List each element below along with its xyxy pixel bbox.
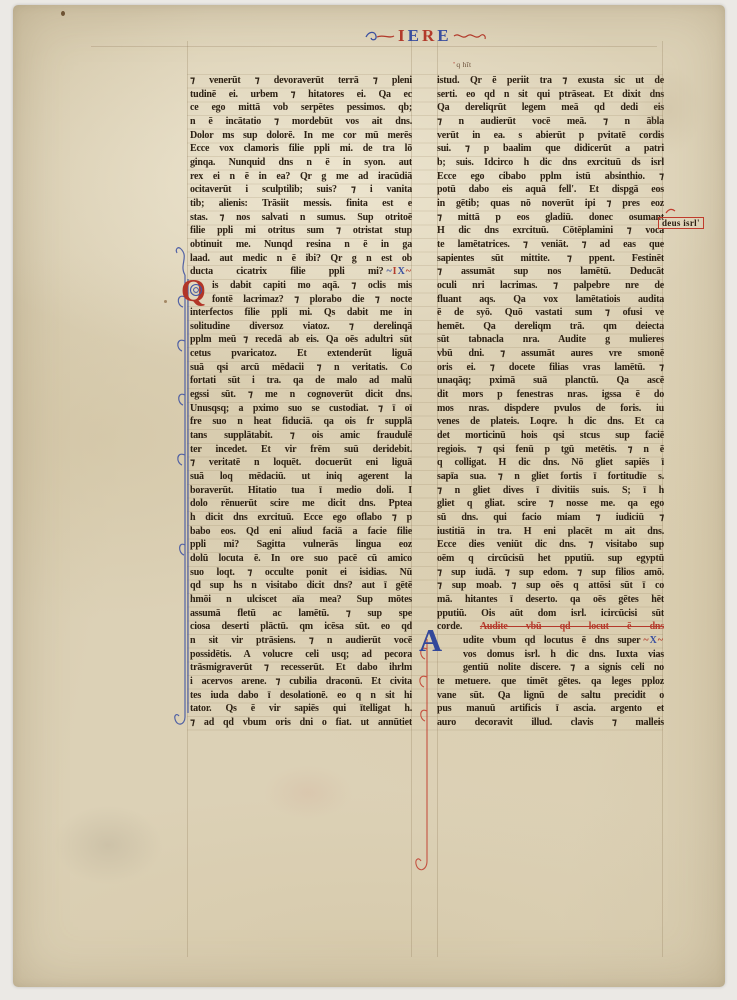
line-text: tib; alienis: Trāsiit messis. finita est… — [190, 198, 412, 209]
line-text: ⁊ assumāt sup nos lamētū. Deducāt — [437, 266, 664, 277]
manuscript-leaf: IERE 'q hīt ⁊ venerūt ⁊ devoraverūt terr… — [13, 5, 725, 987]
line-text: pplm meū ⁊ recedā ab eis. Qa oēs adultri… — [190, 334, 412, 345]
text-line: is dabit capiti mo aqā. ⁊ oclis mis — [190, 279, 412, 293]
text-line: pputiū. Ois aūt dom isrl. icircūcisi sūt — [437, 607, 664, 621]
line-text: ciosa deserti plāctū. qm icēsa sūt. eo q… — [190, 621, 412, 632]
text-line: tudinē ei. urbem ⁊ hitatores ei. Qa ec — [190, 88, 412, 102]
text-line: suo loqt. ⁊ occulte ponit ei isidias. Nū — [190, 566, 412, 580]
text-line: hmōi n ulciscet aīa mea? Sup mōtes — [190, 593, 412, 607]
line-text: in gētib; quas nō noverūt ipi ⁊ pres eoz — [437, 198, 664, 209]
line-text: ⁊ sup moab. ⁊ sup oēs q attōsi sūt ī co — [437, 580, 664, 591]
text-line: cetus pvaricatoz. Et extenderūt liguā — [190, 347, 412, 361]
text-line: fre suo n heat fiduciā. qa ois fr supplā — [190, 415, 412, 429]
line-text: serti. eo qd n sit qui ptrāseat. Et dixi… — [437, 89, 664, 100]
line-text: oculi nri lacrimas. ⁊ palpebre nre de — [437, 280, 664, 291]
initial-letter-a: A — [419, 621, 442, 659]
line-text: ppli mi? Sagitta vulnerās lingua eoz — [190, 539, 412, 550]
running-title-letter: I — [398, 26, 406, 46]
text-line: ppli mi? Sagitta vulnerās lingua eoz — [190, 538, 412, 552]
text-line: filie ppli mi otritus sum ⁊ otristat stu… — [190, 224, 412, 238]
text-line: mos nras. dispdere pvulos de foris. iu — [437, 402, 664, 416]
line-text: hemēt. Qa dereliqm trā. qm deiecta — [437, 321, 664, 332]
text-line: Ecce vox clamoris filie ppli mi. de tra … — [190, 142, 412, 156]
gloss-text: q hīt — [456, 60, 471, 69]
chapter-numeral: ~IX~ — [383, 265, 412, 279]
interlinear-gloss: 'q hīt — [453, 60, 471, 69]
line-text: pputiū. Ois aūt dom isrl. icircūcisi sūt — [437, 608, 664, 619]
text-line: venes de plateis. Loqre. h dic dns. Et c… — [437, 415, 664, 429]
line-text: vbū dni. ⁊ assumāt aures vre smonē — [437, 348, 664, 359]
text-line: hemēt. Qa dereliqm trā. qm deiecta — [437, 320, 664, 334]
text-line: solitudine diversoz viatoz. ⁊ derelinqā — [190, 320, 412, 334]
line-text: boraverūt. Hitatio tua ī medio doli. I — [190, 485, 412, 496]
text-line: gliet q gliat. scire ⁊ nosse me. qa ego — [437, 497, 664, 511]
text-line: qd sup hs n visitabo dicit dns? aut ī gē… — [190, 579, 412, 593]
text-line: ter incedet. Et vir frēm suū deridebit. — [190, 443, 412, 457]
line-text: venes de plateis. Loqre. h dic dns. Et c… — [437, 416, 664, 427]
text-line: Ecce dies veniūt dic dns. ⁊ visitabo sup — [437, 538, 664, 552]
text-line: tib; alienis: Trāsiit messis. finita est… — [190, 197, 412, 211]
line-text: interfectos filie ppli mi. Qs dabit me i… — [190, 307, 412, 318]
line-text: tes iuda dabo ī desolationē. eo q n sit … — [190, 690, 412, 701]
line-text: te lamētatrices. ⁊ veniāt. ⁊ ad eas que — [437, 239, 664, 250]
line-text: dolū locuta ē. In ore suo pacē cū amico — [190, 553, 412, 564]
text-line: ē de syō. Quō vastati sum ⁊ ofusi ve — [437, 306, 664, 320]
marginal-caret-icon — [665, 207, 677, 215]
line-text: sapīa sua. ⁊ n gliet fortis ī fortitudīe… — [437, 471, 664, 482]
text-line: corde. Audite vbū qd locut ē dns — [437, 620, 664, 634]
line-text: istud. Qr ē periit tra ⁊ exusta sic ut d… — [437, 75, 664, 86]
line-text: q colligat. H dic dns. Nō gliet sapiēs ī — [437, 457, 664, 468]
line-text: ce ego mittā vob serpētes pessimos. qb; — [190, 102, 412, 113]
text-line: tator. Qs ē vir sapiēs qui ītelligat h. — [190, 702, 412, 716]
penwork-descender-red-icon — [414, 633, 436, 883]
page-background: IERE 'q hīt ⁊ venerūt ⁊ devoraverūt terr… — [0, 0, 737, 1000]
text-line: ⁊ veritatē n loquēt. docuerūt eni liguā — [190, 456, 412, 470]
line-text: stas. ⁊ nos salvati n sumus. Sup otritoē — [190, 212, 412, 223]
text-line: Dolor ms sup dolorē. In me cor mū merēs — [190, 129, 412, 143]
text-line: sūt tabnacla nra. Audite g mulieres — [437, 333, 664, 347]
line-text: fontē lacrimaz? ⁊ plorabo die ⁊ nocte — [212, 294, 412, 305]
line-text: regiois. ⁊ qsi fenū p tgū metētis. ⁊ n ē — [437, 444, 664, 455]
text-line: ducta cicatrix filie ppli mi?~IX~ — [190, 265, 412, 279]
text-line: Qa dereliqrūt legem meā qd dedi eis — [437, 101, 664, 115]
line-text: auro decoravit illud. clavis ⁊ malleis — [437, 717, 664, 728]
running-title-letter: R — [422, 26, 435, 46]
stain-spot — [53, 805, 163, 885]
text-line: dit mors p fenestras nras. igssa ē do — [437, 388, 664, 402]
line-text: iustitiā in tra. H eni placēt m ait dns. — [437, 526, 664, 537]
line-text: cetus pvaricatoz. Et extenderūt liguā — [190, 348, 412, 359]
line-text: hmōi n ulciscet aīa mea? Sup mōtes — [190, 594, 412, 605]
line-text: fortati sūt i tra. qa de malo ad malū — [190, 375, 412, 386]
line-text: filie ppli mi otritus sum ⁊ otristat stu… — [190, 225, 412, 236]
text-line: babo eos. Qd eni aliud faciā a facie fil… — [190, 525, 412, 539]
text-line: unaqāq; pximā suā planctū. Qa ascē — [437, 374, 664, 388]
marginal-note: deus isrl' — [658, 217, 704, 229]
text-line: ⁊ n audierūt vocē meā. ⁊ n ābla — [437, 115, 664, 129]
struck-rubric-text: Audite vbū qd locut ē dns — [480, 621, 664, 632]
text-line: n sit vir ptrāsiens. ⁊ n audierūt vocē — [190, 634, 412, 648]
text-line: vane sūt. Qa lignū de saltu precidit o — [437, 689, 664, 703]
text-line: h dicit dns exrcituū. Ecce ego oflabo ⁊ … — [190, 511, 412, 525]
text-line: H dic dns exrcituū. Cōtēplamini ⁊ voca — [437, 224, 664, 238]
line-text: assumā fletū ac lamētū. ⁊ sup spe — [190, 608, 412, 619]
line-text: Qa dereliqrūt legem meā qd dedi eis — [437, 102, 664, 113]
text-line: b; suis. Idcirco h dic dns exrcituū ds i… — [437, 156, 664, 170]
text-line: te metuere. que timēt gētes. qa leges pp… — [437, 675, 664, 689]
line-text: Ecce dies veniūt dic dns. ⁊ visitabo sup — [437, 539, 664, 550]
stain-spot — [263, 765, 353, 820]
text-line: ⁊ assumāt sup nos lamētū. Deducāt — [437, 265, 664, 279]
line-text: ducta cicatrix filie ppli mi? — [190, 265, 383, 279]
line-text: oris ei. ⁊ docete filias vras lamētū. ⁊ — [437, 362, 664, 373]
penwork-flourish-left-icon — [365, 28, 395, 44]
line-text: gentiū nolite discere. ⁊ a signis celi n… — [463, 662, 664, 673]
line-text: udite vbum qd locutus ē dns super — [463, 634, 640, 648]
text-line: auro decoravit illud. clavis ⁊ malleis — [437, 716, 664, 730]
text-line: q colligat. H dic dns. Nō gliet sapiēs ī — [437, 456, 664, 470]
text-line: vos domus isrl. h dic dns. Iuxta vias — [437, 648, 664, 662]
line-text: solitudine diversoz viatoz. ⁊ derelinqā — [190, 321, 412, 332]
line-text: vos domus isrl. h dic dns. Iuxta vias — [463, 649, 664, 660]
line-text: ⁊ venerūt ⁊ devoraverūt terrā ⁊ pleni — [190, 75, 412, 86]
line-text: i acervos arene. ⁊ cubilia draconū. Et c… — [190, 676, 412, 687]
line-text: ⁊ n audierūt vocē meā. ⁊ n ābla — [437, 116, 664, 127]
text-line: udite vbum qd locutus ē dns super~X~ — [437, 634, 664, 648]
text-line: sū dns. qui facio miam ⁊ iudiciū ⁊ — [437, 511, 664, 525]
text-line: stas. ⁊ nos salvati n sumus. Sup otritoē — [190, 211, 412, 225]
line-text: gliet q gliat. scire ⁊ nosse me. qa ego — [437, 498, 664, 509]
line-text: vane sūt. Qa lignū de saltu precidit o — [437, 690, 664, 701]
q-penwork-spiral-icon — [188, 282, 204, 298]
line-text: te metuere. que timēt gētes. qa leges pp… — [437, 676, 664, 687]
line-text: suo loqt. ⁊ occulte ponit ei isidias. Nū — [190, 567, 412, 578]
running-title-letter: E — [437, 26, 449, 46]
text-line: possidētis. A volucre celi usq; ad pecor… — [190, 648, 412, 662]
text-line: oculi nri lacrimas. ⁊ palpebre nre de — [437, 279, 664, 293]
line-text: ⁊ n gliet dives ī divitiis suis. S; ī h — [437, 485, 664, 496]
line-text: mā. hitantes ī deserto. qa oēs gētes hēt — [437, 594, 664, 605]
line-text: ter incedet. Et vir frēm suū deridebit. — [190, 444, 412, 455]
text-line: ⁊ sup moab. ⁊ sup oēs q attōsi sūt ī co — [437, 579, 664, 593]
line-text: Dolor ms sup dolorē. In me cor mū merēs — [190, 130, 412, 141]
text-line: i acervos arene. ⁊ cubilia draconū. Et c… — [190, 675, 412, 689]
line-text: H dic dns exrcituū. Cōtēplamini ⁊ voca — [437, 225, 664, 236]
line-text: laad. aut medic n ē ibi? Qr g n est ob — [190, 253, 412, 264]
text-line: sapīa sua. ⁊ n gliet fortis ī fortitudīe… — [437, 470, 664, 484]
line-text: is dabit capiti mo aqā. ⁊ oclis mis — [212, 280, 412, 291]
running-title-letters: IERE — [398, 26, 450, 46]
line-text: sui. ⁊ p baalim que didicerūt a patri — [437, 143, 664, 154]
line-text: tans supplātabit. ⁊ ois amic fraudulē — [190, 430, 412, 441]
running-title-letter: E — [408, 26, 420, 46]
text-line: te lamētatrices. ⁊ veniāt. ⁊ ad eas que — [437, 238, 664, 252]
text-line: Unusqsq; a pximo suo se custodiat. ⁊ ī o… — [190, 402, 412, 416]
text-line: sapientes sūt mittite. ⁊ ppent. Festinēt — [437, 252, 664, 266]
line-text: dit mors p fenestras nras. igssa ē do — [437, 389, 664, 400]
pricking-hole — [61, 11, 65, 16]
text-line: tes iuda dabo ī desolationē. eo q n sit … — [190, 689, 412, 703]
text-line: oēm q circūcisū het pputiū. sup egyptū — [437, 552, 664, 566]
text-line: boraverūt. Hitatio tua ī medio doli. I — [190, 484, 412, 498]
stain-spot — [164, 300, 167, 303]
text-line: ⁊ mittā p eos gladiū. donec osumant — [437, 211, 664, 225]
line-text: ⁊ sup iudā. ⁊ sup edom. ⁊ sup filios amō… — [437, 567, 664, 578]
text-line: ciosa deserti plāctū. qm icēsa sūt. eo q… — [190, 620, 412, 634]
line-text: sūt tabnacla nra. Audite g mulieres — [437, 334, 664, 345]
text-line: ce ego mittā vob serpētes pessimos. qb; — [190, 101, 412, 115]
running-title: IERE — [365, 25, 487, 47]
line-text: tudinē ei. urbem ⁊ hitatores ei. Qa ec — [190, 89, 412, 100]
text-line: ⁊ n gliet dives ī divitiis suis. S; ī h — [437, 484, 664, 498]
line-text: oēm q circūcisū het pputiū. sup egyptū — [437, 553, 664, 564]
line-text: suā loq mēdaciū. ut iniq agerent la — [190, 471, 412, 482]
text-line: serti. eo qd n sit qui ptrāseat. Et dixi… — [437, 88, 664, 102]
text-line: egssi sūt. ⁊ me n cognoverūt dicit dns. — [190, 388, 412, 402]
line-text: dolo rēnuerūt scire me dicit dns. Pptea — [190, 498, 412, 509]
text-line: pplm meū ⁊ recedā ab eis. Qa oēs adultri… — [190, 333, 412, 347]
line-text: n ē incātatio ⁊ mordebūt vos ait dns. — [190, 116, 412, 127]
line-text: Unusqsq; a pximo suo se custodiat. ⁊ ī o… — [190, 403, 412, 414]
line-text: unaqāq; pximā suā planctū. Qa ascē — [437, 375, 664, 386]
text-line: fluant aqs. Qa vox lamētatiois audita — [437, 293, 664, 307]
text-line: vbū dni. ⁊ assumāt aures vre smonē — [437, 347, 664, 361]
text-line: verūt in ea. s abierūt p pvitatē cordis — [437, 129, 664, 143]
text-column-1: ⁊ venerūt ⁊ devoraverūt terrā ⁊ plenitud… — [190, 74, 412, 730]
line-text: ⁊ ad qd vbum oris dni o fiat. ut annūtie… — [190, 717, 412, 728]
text-line: pus manuū artificis ī ascia. argento et — [437, 702, 664, 716]
text-line: assumā fletū ac lamētū. ⁊ sup spe — [190, 607, 412, 621]
text-line: in gētib; quas nō noverūt ipi ⁊ pres eoz — [437, 197, 664, 211]
text-line: dolū locuta ē. In ore suo pacē cū amico — [190, 552, 412, 566]
text-line: obtinuit me. Nunqd resina n ē in ga — [190, 238, 412, 252]
line-text: pus manuū artificis ī ascia. argento et — [437, 703, 664, 714]
initial-a: A — [416, 620, 448, 664]
line-text: mos nras. dispdere pvulos de foris. iu — [437, 403, 664, 414]
line-text: trāsmigraverūt ⁊ recesserūt. Et dabo ihr… — [190, 662, 412, 673]
text-line: suā qsi arcū mēdacii ⁊ n veritatis. Co — [190, 361, 412, 375]
line-text: potū dabo eis aquā fell'. Et dispgā eos — [437, 184, 664, 195]
line-text: possidētis. A volucre celi usq; ad pecor… — [190, 649, 412, 660]
text-line: gentiū nolite discere. ⁊ a signis celi n… — [437, 661, 664, 675]
line-text: ē de syō. Quō vastati sum ⁊ ofusi ve — [437, 307, 664, 318]
text-line: fontē lacrimaz? ⁊ plorabo die ⁊ nocte — [190, 293, 412, 307]
line-text: rex ei n ē in ea? Qr g me ad iracūdiā — [190, 171, 412, 182]
text-line: iustitiā in tra. H eni placēt m ait dns. — [437, 525, 664, 539]
text-line: ginqa. Nunquid dns n ē in syon. aut — [190, 156, 412, 170]
line-text: obtinuit me. Nunqd resina n ē in ga — [190, 239, 412, 250]
penwork-descender-blue-icon — [173, 245, 197, 731]
text-line: sui. ⁊ p baalim que didicerūt a patri — [437, 142, 664, 156]
line-text: n sit vir ptrāsiens. ⁊ n audierūt vocē — [190, 635, 412, 646]
stain-spot — [633, 65, 703, 155]
line-text: sū dns. qui facio miam ⁊ iudiciū ⁊ — [437, 512, 664, 523]
text-line: mā. hitantes ī deserto. qa oēs gētes hēt — [437, 593, 664, 607]
line-text: egssi sūt. ⁊ me n cognoverūt dicit dns. — [190, 389, 412, 400]
text-line: Ecce ego cibabo pplm istū absinthio. ⁊ — [437, 170, 664, 184]
line-text: verūt in ea. s abierūt p pvitatē cordis — [437, 130, 664, 141]
chapter-numeral: ~X~ — [640, 634, 664, 648]
initial-q: Q — [179, 271, 215, 313]
text-line: regiois. ⁊ qsi fenū p tgū metētis. ⁊ n ē — [437, 443, 664, 457]
line-text: ocitaverūt i sculptilib; suis? ⁊ i vanit… — [190, 184, 412, 195]
line-text: babo eos. Qd eni aliud faciā a facie fil… — [190, 526, 412, 537]
line-text: Ecce vox clamoris filie ppli mi. de tra … — [190, 143, 412, 154]
line-text: b; suis. Idcirco h dic dns exrcituū ds i… — [437, 157, 664, 168]
text-line: fortati sūt i tra. qa de malo ad malū — [190, 374, 412, 388]
text-line: ⁊ sup iudā. ⁊ sup edom. ⁊ sup filios amō… — [437, 566, 664, 580]
text-line: interfectos filie ppli mi. Qs dabit me i… — [190, 306, 412, 320]
line-text: fluant aqs. Qa vox lamētatiois audita — [437, 294, 664, 305]
text-line: trāsmigraverūt ⁊ recesserūt. Et dabo ihr… — [190, 661, 412, 675]
text-line: oris ei. ⁊ docete filias vras lamētū. ⁊ — [437, 361, 664, 375]
line-text: tator. Qs ē vir sapiēs qui ītelligat h. — [190, 703, 412, 714]
text-line: laad. aut medic n ē ibi? Qr g n est ob — [190, 252, 412, 266]
text-line: ocitaverūt i sculptilib; suis? ⁊ i vanit… — [190, 183, 412, 197]
penwork-flourish-right-icon — [453, 28, 487, 44]
text-line: istud. Qr ē periit tra ⁊ exusta sic ut d… — [437, 74, 664, 88]
line-text: h dicit dns exrcituū. Ecce ego oflabo ⁊ … — [190, 512, 412, 523]
line-text: ⁊ mittā p eos gladiū. donec osumant — [437, 212, 664, 223]
line-text: ginqa. Nunquid dns n ē in syon. aut — [190, 157, 412, 168]
line-text: Ecce ego cibabo pplm istū absinthio. ⁊ — [437, 171, 664, 182]
text-column-2: istud. Qr ē periit tra ⁊ exusta sic ut d… — [437, 74, 664, 730]
text-line: ⁊ ad qd vbum oris dni o fiat. ut annūtie… — [190, 716, 412, 730]
line-text: suā qsi arcū mēdacii ⁊ n veritatis. Co — [190, 362, 412, 373]
line-text: sapientes sūt mittite. ⁊ ppent. Festinēt — [437, 253, 664, 264]
line-text: ⁊ veritatē n loquēt. docuerūt eni liguā — [190, 457, 412, 468]
text-line: tans supplātabit. ⁊ ois amic fraudulē — [190, 429, 412, 443]
text-line: ⁊ venerūt ⁊ devoraverūt terrā ⁊ pleni — [190, 74, 412, 88]
line-text: qd sup hs n visitabo dicit dns? aut ī gē… — [190, 580, 412, 591]
text-line: potū dabo eis aquā fell'. Et dispgā eos — [437, 183, 664, 197]
text-line: dolo rēnuerūt scire me dicit dns. Pptea — [190, 497, 412, 511]
line-text: det morticinū hois qsi stcus sup faciē — [437, 430, 664, 441]
text-line: n ē incātatio ⁊ mordebūt vos ait dns. — [190, 115, 412, 129]
text-line: det morticinū hois qsi stcus sup faciē — [437, 429, 664, 443]
text-line: rex ei n ē in ea? Qr g me ad iracūdiā — [190, 170, 412, 184]
line-text: fre suo n heat fiduciā. qa ois fr supplā — [190, 416, 412, 427]
text-line: suā loq mēdaciū. ut iniq agerent la — [190, 470, 412, 484]
